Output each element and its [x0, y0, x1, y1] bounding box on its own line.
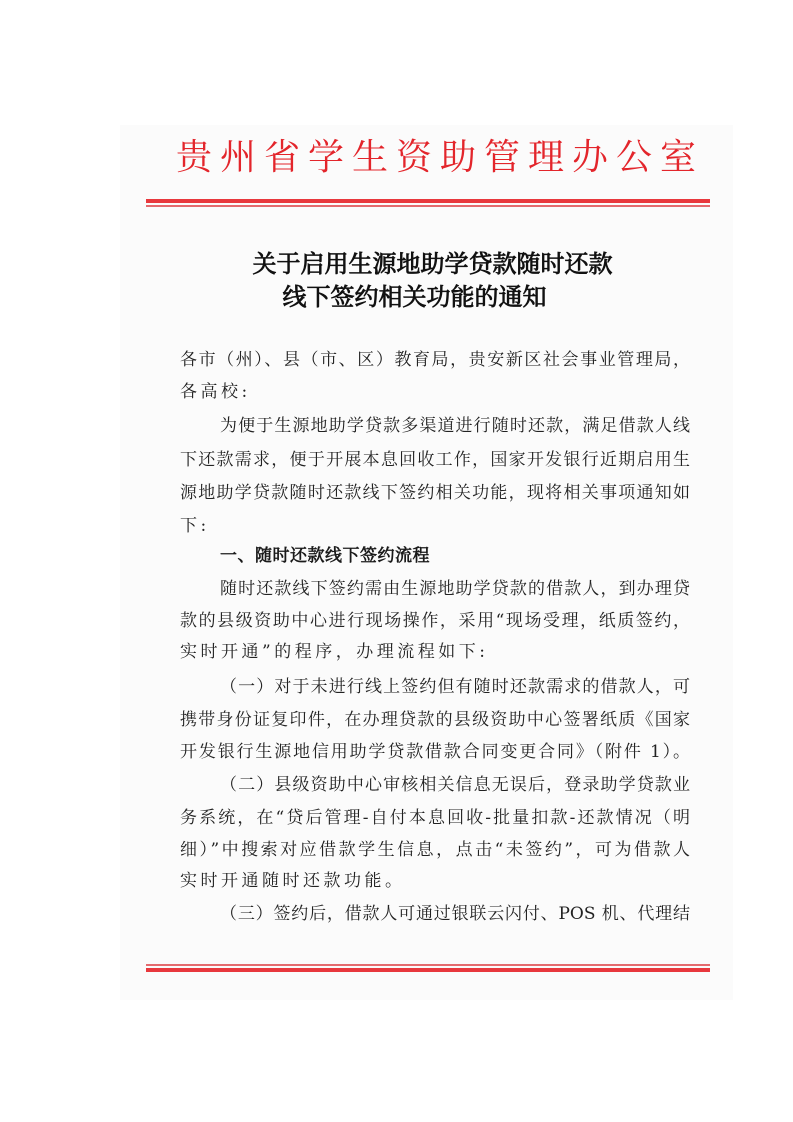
paragraph-line: 实时开通随时还款功能。: [180, 870, 690, 892]
paragraph-line: 随时还款线下签约需由生源地助学贷款的借款人，到办理贷: [220, 578, 690, 600]
header-red-double-rule: [146, 199, 710, 207]
document-title-line-1: 关于启用生源地助学贷款随时还款: [36, 249, 793, 279]
rule-thick-line: [146, 968, 710, 972]
org-char: 生: [352, 136, 388, 180]
paragraph-line: 携带身份证复印件，在办理贷款的县级资助中心签署纸质《国家: [180, 709, 690, 731]
org-char: 公: [616, 136, 652, 180]
paragraph-line: 细）”中搜索对应借款学生信息，点击“未签约”，可为借款人: [180, 839, 690, 861]
org-char: 省: [264, 136, 300, 180]
paragraph-line: 实时开通”的程序，办理流程如下:: [180, 641, 690, 663]
org-char: 州: [220, 136, 256, 180]
paragraph-line: 下:: [180, 515, 690, 537]
section-heading: 一、随时还款线下签约流程: [220, 545, 430, 567]
org-char: 管: [484, 136, 520, 180]
rule-thin-line: [146, 205, 710, 207]
org-char: 学: [308, 136, 344, 180]
issuing-organization-header: 贵 州 省 学 生 资 助 管 理 办 公 室: [176, 136, 696, 180]
paragraph-line: 开发银行生源地信用助学贷款借款合同变更合同》（附件 1）。: [180, 741, 690, 763]
paragraph-line: 源地助学贷款随时还款线下签约相关功能，现将相关事项通知如: [180, 482, 690, 504]
paragraph-line: 下还款需求，便于开展本息回收工作，国家开发银行近期启用生: [180, 449, 690, 471]
org-char: 贵: [176, 136, 212, 180]
paragraph-line: （三）签约后，借款人可通过银联云闪付、POS 机、代理结: [220, 903, 690, 925]
paragraph-line: （二）县级资助中心审核相关信息无误后，登录助学贷款业: [220, 774, 690, 796]
org-char: 理: [528, 136, 564, 180]
org-char: 室: [660, 136, 696, 180]
org-char: 助: [440, 136, 476, 180]
paragraph-line: 务系统，在“贷后管理-自付本息回收-批量扣款-还款情况（明: [180, 807, 690, 829]
paragraph-line: 款的县级资助中心进行现场操作，采用“现场受理，纸质签约，: [180, 610, 690, 632]
addressee-line: 各高校:: [180, 381, 690, 403]
addressee-line: 各市（州）、县（市、区）教育局，贵安新区社会事业管理局，: [180, 349, 690, 371]
paragraph-line: （一）对于未进行线上签约但有随时还款需求的借款人，可: [220, 676, 690, 698]
document-title-line-2: 线下签约相关功能的通知: [18, 282, 793, 312]
paragraph-line: 为便于生源地助学贷款多渠道进行随时还款，满足借款人线: [220, 415, 690, 437]
org-char: 办: [572, 136, 608, 180]
footer-red-double-rule: [146, 964, 710, 972]
org-char: 资: [396, 136, 432, 180]
